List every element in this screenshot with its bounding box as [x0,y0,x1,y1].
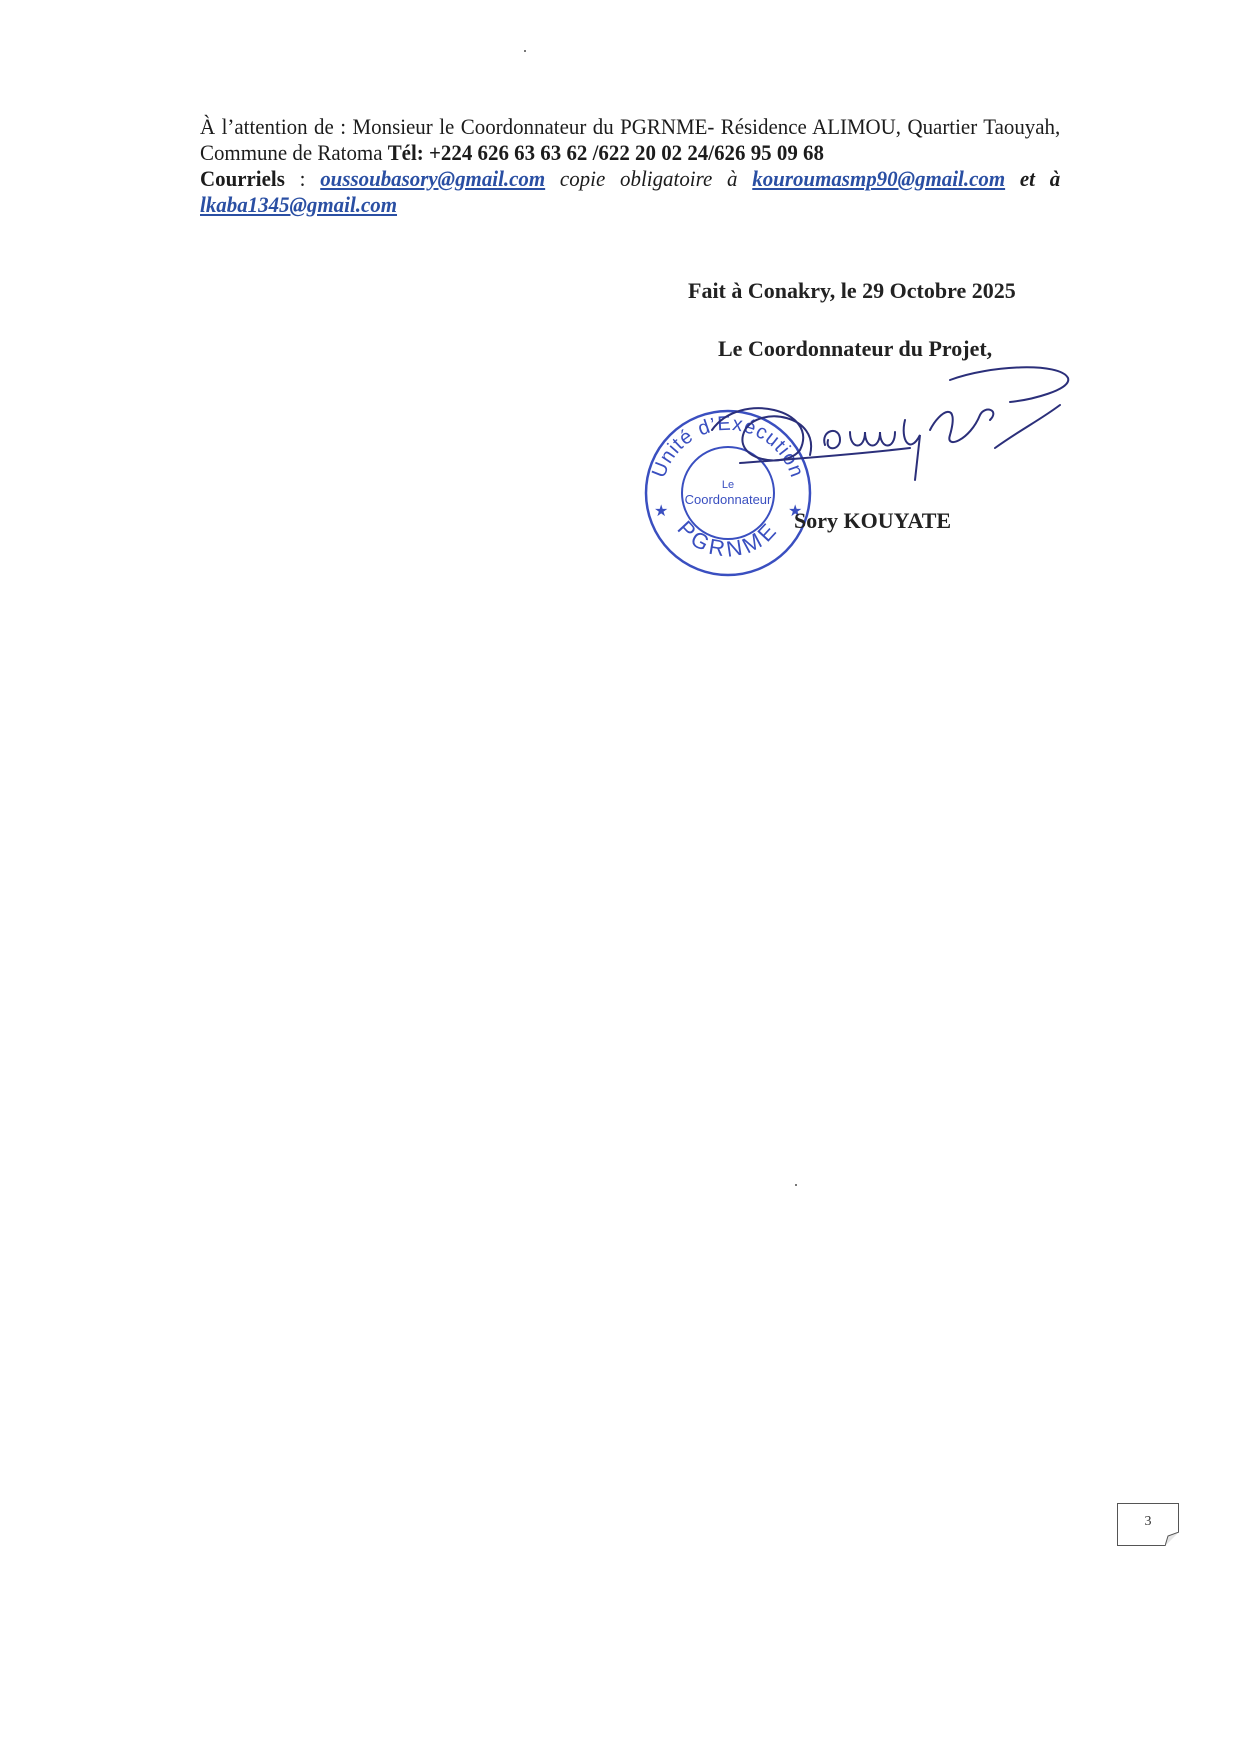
phone-numbers: Tél: +224 626 63 63 62 /622 20 02 24/626… [388,140,824,165]
email-link-third[interactable]: lkaba1345@gmail.com [200,192,397,217]
scan-speck [795,1184,797,1186]
page-number-box: 3 [1117,1503,1179,1546]
svg-text:PGRNME: PGRNME [673,516,784,562]
copy-note: copie obligatoire à [545,166,752,191]
emails-sep: : [285,166,320,191]
signer-name: Sory KOUYATE [794,508,951,534]
handwritten-signature [700,360,1080,500]
stamp-bottom-text: PGRNME [673,516,784,562]
email-link-primary[interactable]: oussoubasory@gmail.com [320,166,545,191]
scan-speck [524,50,526,52]
page-number: 3 [1145,1514,1152,1529]
signer-title: Le Coordonnateur du Projet, [718,336,992,362]
place-date: Fait à Conakry, le 29 Octobre 2025 [688,278,1016,304]
page-curl-icon [1165,1532,1179,1546]
emails-label: Courriels [200,166,285,191]
and-note: et à [1005,166,1060,191]
stamp-star-left-icon: ★ [654,503,668,520]
address-block: À l’attention de : Monsieur le Coordonna… [200,114,1060,218]
email-link-copy[interactable]: kouroumasmp90@gmail.com [752,166,1005,191]
